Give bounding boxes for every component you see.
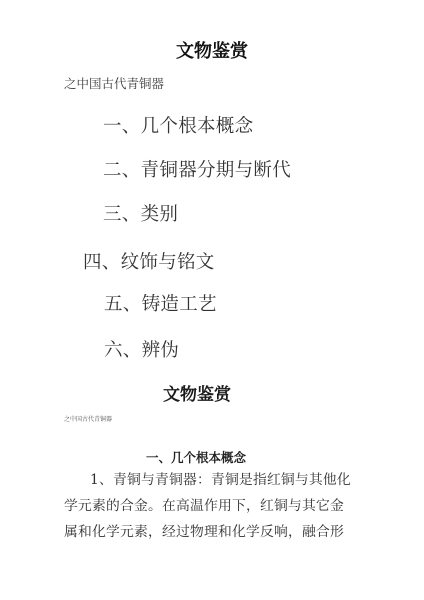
second-page-subtitle: 之中国古代青铜器 — [64, 417, 112, 423]
toc-item-5: 五、铸造工艺 — [104, 296, 217, 315]
toc-item-3: 三、类别 — [103, 206, 178, 225]
body-line-2: 学元素的合金。在高温作用下，红铜与其它金 — [64, 500, 344, 514]
second-page-title: 文物鉴赏 — [163, 387, 231, 404]
toc-item-1: 一、几个根本概念 — [103, 118, 253, 137]
toc-item-4: 四、纹饰与铭文 — [83, 254, 215, 273]
document-title: 文物鉴赏 — [0, 43, 424, 61]
toc-item-6: 六、辨伪 — [104, 342, 179, 361]
section-heading: 一、几个根本概念 — [146, 452, 246, 465]
toc-item-2: 二、青铜器分期与断代 — [103, 162, 291, 181]
document-subtitle: 之中国古代青铜器 — [64, 78, 164, 91]
body-line-3: 属和化学元素，经过物理和化学反响，融合形 — [64, 526, 344, 540]
body-line-1: 1、青铜与青铜器：青铜是指红铜与其他化 — [90, 474, 351, 488]
